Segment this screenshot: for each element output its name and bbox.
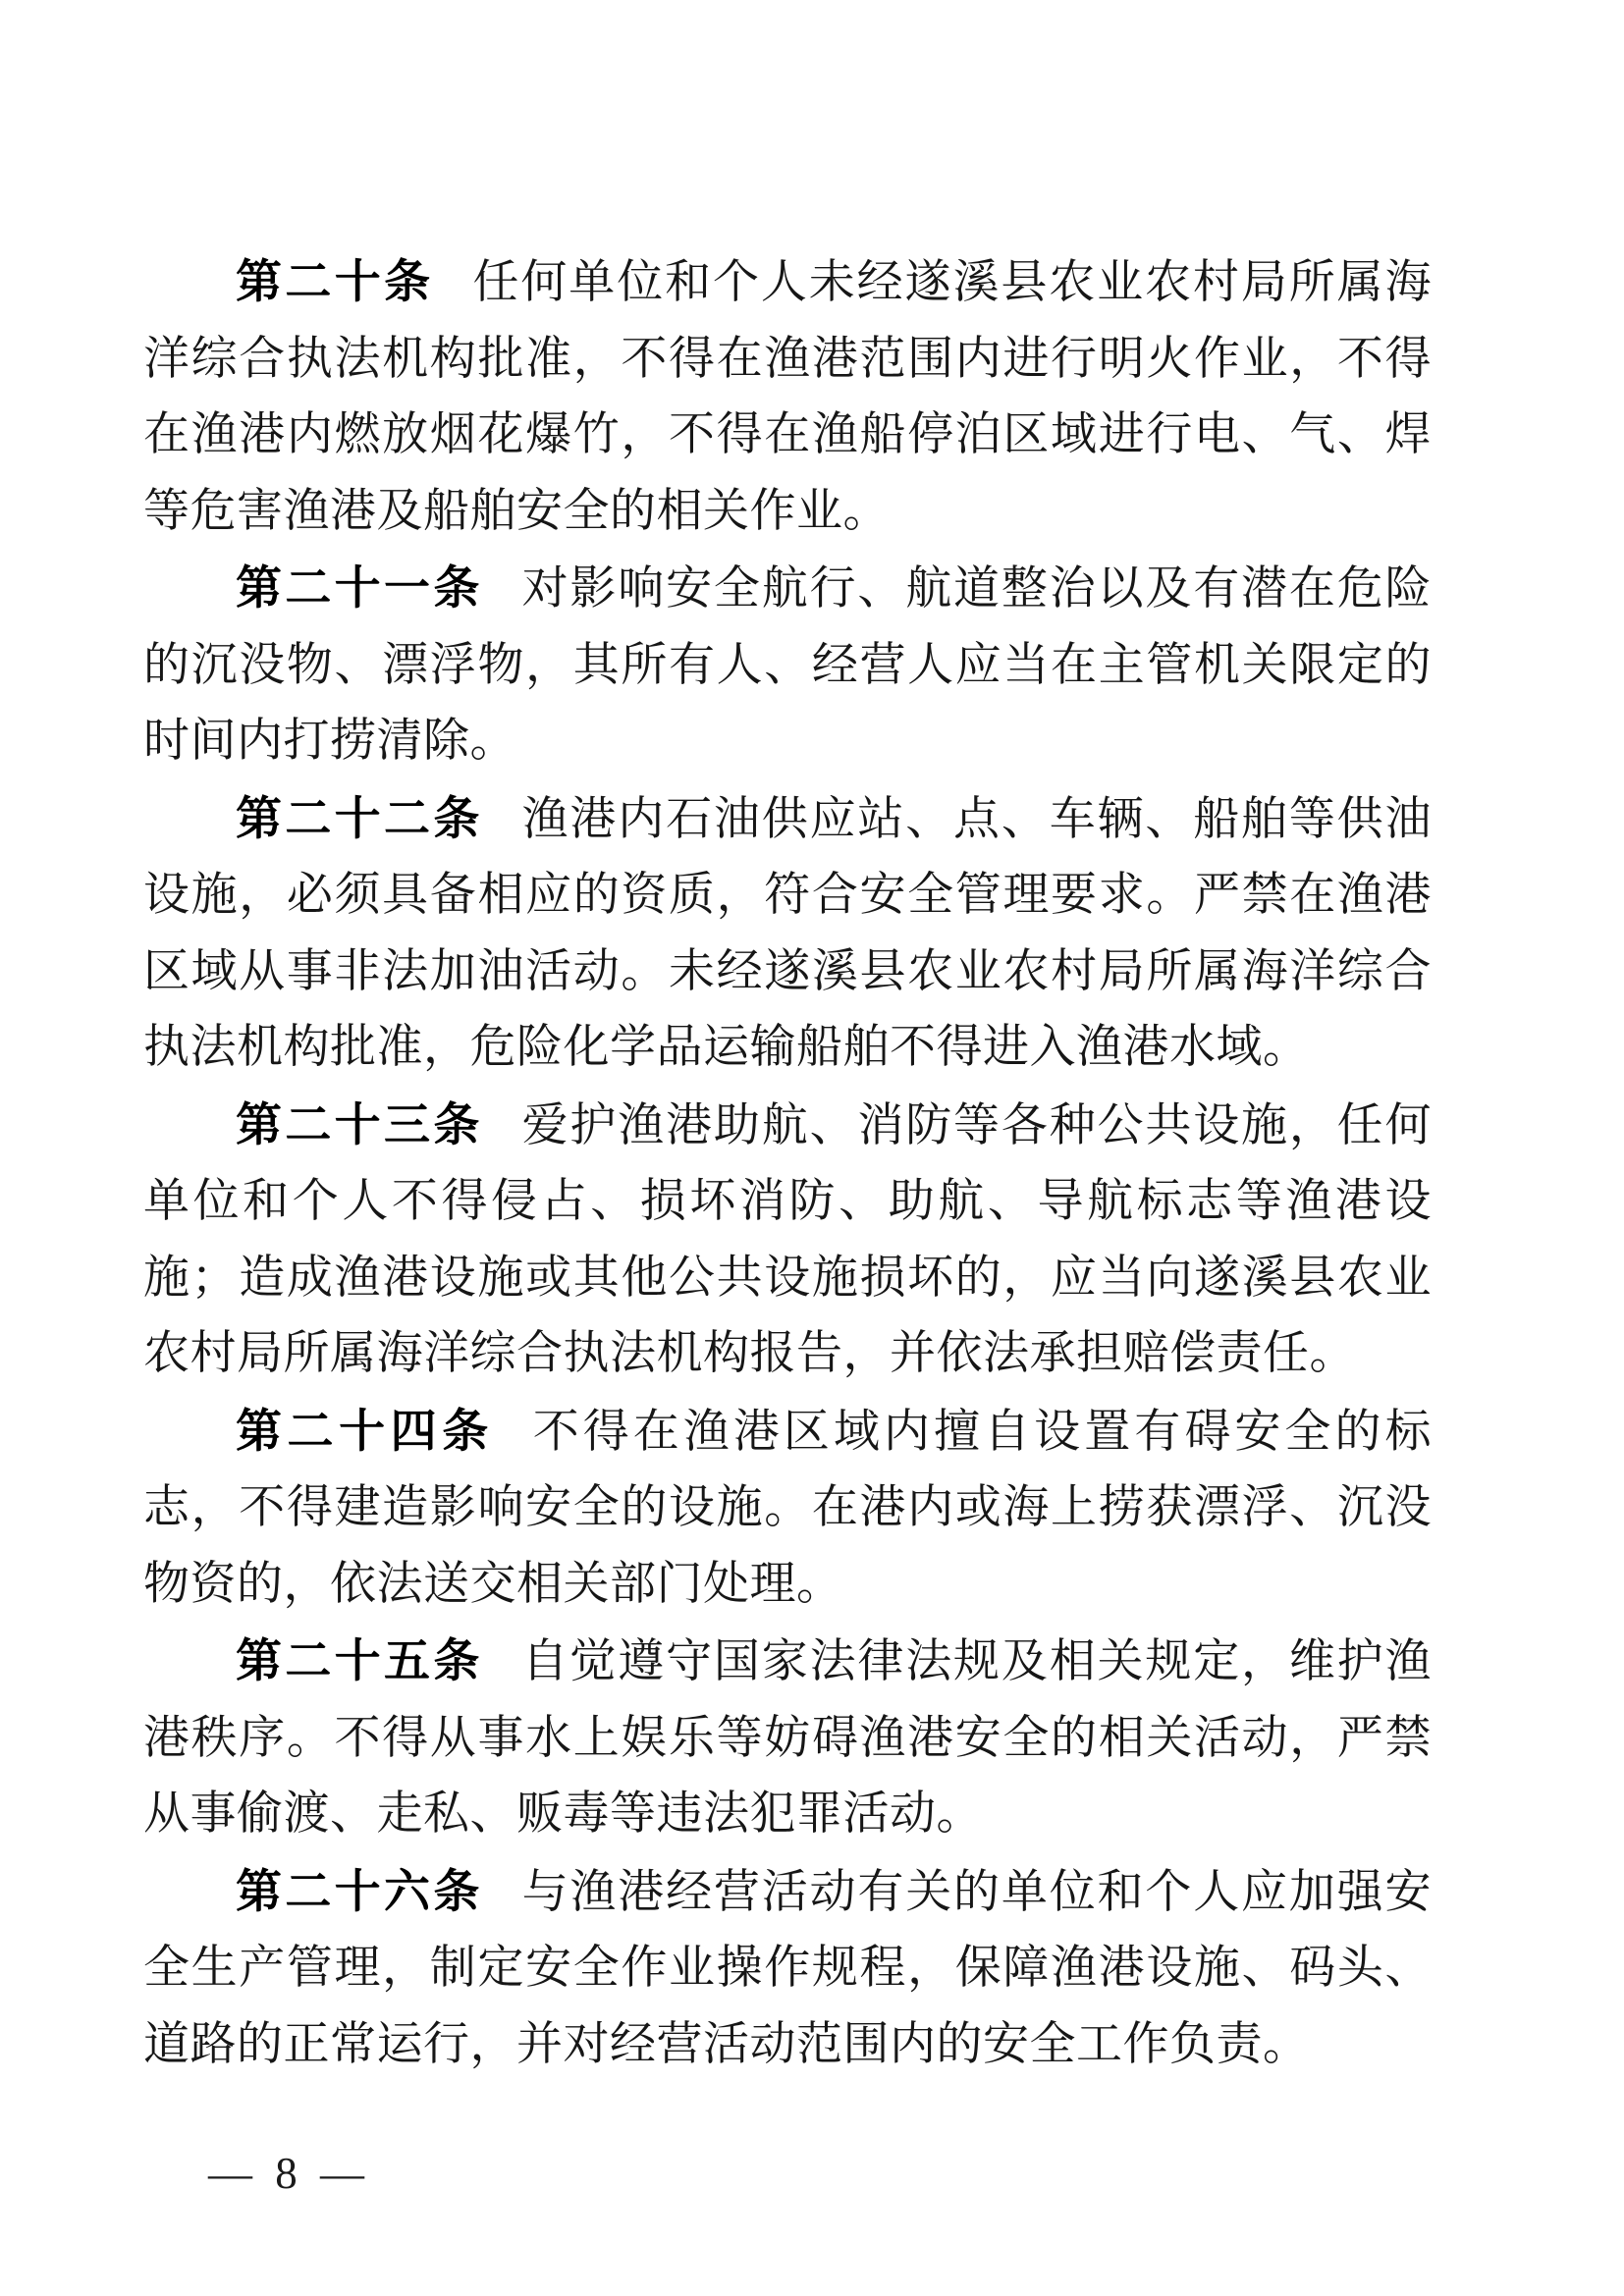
article-paragraph: 第二十一条对影响安全航行、航道整治以及有潜在危险的沉没物、漂浮物，其所有人、经营…: [143, 550, 1432, 780]
article-title: 第二十条: [236, 255, 434, 307]
article-title: 第二十四条: [236, 1405, 494, 1457]
article-paragraph: 第二十五条自觉遵守国家法律法规及相关规定，维护渔港秩序。不得从事水上娱乐等妨碍渔…: [143, 1623, 1432, 1853]
article-paragraph: 第二十四条不得在渔港区域内擅自设置有碍安全的标志，不得建造影响安全的设施。在港内…: [143, 1393, 1432, 1624]
article-paragraph: 第二十二条渔港内石油供应站、点、车辆、船舶等供油设施，必须具备相应的资质，符合安…: [143, 780, 1432, 1087]
article-title: 第二十三条: [236, 1098, 483, 1150]
article-title: 第二十五条: [236, 1634, 483, 1686]
document-text-block: 第二十条任何单位和个人未经遂溪县农业农村局所属海洋综合执法机构批准，不得在渔港范…: [143, 243, 1432, 2083]
article-title: 第二十一条: [236, 561, 483, 614]
article-title: 第二十二条: [236, 792, 483, 844]
document-page: 第二十条任何单位和个人未经遂溪县农业农村局所属海洋综合执法机构批准，不得在渔港范…: [0, 0, 1624, 2296]
page-number: — 8 —: [208, 2148, 370, 2199]
article-paragraph: 第二十六条与渔港经营活动有关的单位和个人应加强安全生产管理，制定安全作业操作规程…: [143, 1853, 1432, 2084]
article-paragraph: 第二十三条爱护渔港助航、消防等各种公共设施，任何单位和个人不得侵占、损坏消防、助…: [143, 1087, 1432, 1393]
article-title: 第二十六条: [236, 1865, 483, 1917]
article-paragraph: 第二十条任何单位和个人未经遂溪县农业农村局所属海洋综合执法机构批准，不得在渔港范…: [143, 243, 1432, 550]
